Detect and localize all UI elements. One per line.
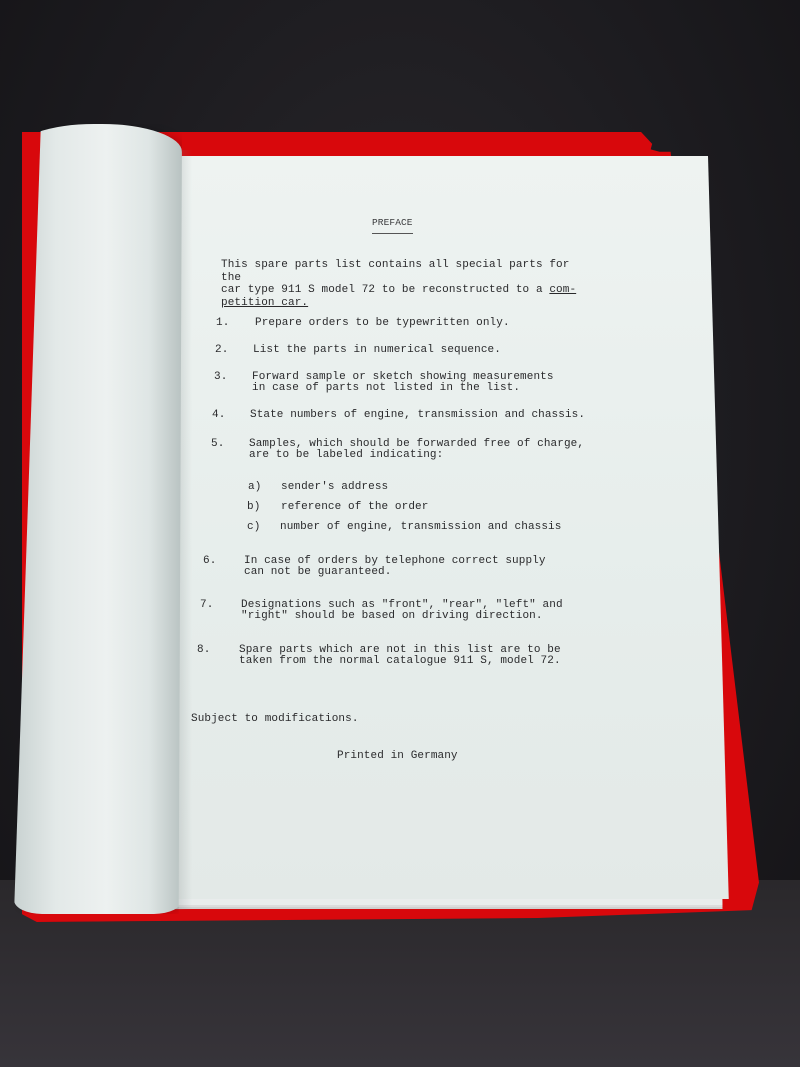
item-text: in case of parts not listed in the list. (252, 382, 520, 395)
item-number: 1. (216, 317, 229, 330)
intro-line-3: petition car. (221, 297, 581, 310)
sub-item-label: b) (247, 501, 260, 514)
sub-item-label: a) (248, 481, 261, 494)
item-number: 3. (214, 371, 227, 384)
item-text: State numbers of engine, transmission an… (250, 409, 585, 422)
footer-note: Subject to modifications. (191, 713, 359, 726)
item-number: 5. (211, 438, 224, 451)
item-text: are to be labeled indicating: (249, 449, 443, 462)
page-title: PREFACE (372, 217, 413, 234)
item-text: "right" should be based on driving direc… (241, 610, 543, 623)
sub-item-label: c) (247, 521, 260, 534)
item-number: 4. (212, 409, 225, 422)
intro-line-2-text: car type 911 S model 72 to be reconstruc… (221, 284, 549, 296)
item-text: List the parts in numerical sequence. (253, 344, 501, 357)
intro-line-2-underlined: com- (549, 284, 576, 296)
item-number: 8. (197, 644, 210, 657)
item-number: 2. (215, 344, 228, 357)
item-number: 7. (200, 599, 213, 612)
sub-item-text: sender's address (281, 481, 388, 494)
item-text: Prepare orders to be typewritten only. (255, 317, 510, 330)
sub-item-text: number of engine, transmission and chass… (280, 521, 561, 534)
intro-line-2: car type 911 S model 72 to be reconstruc… (221, 284, 581, 297)
item-number: 6. (203, 555, 216, 568)
printed-in-label: Printed in Germany (337, 750, 458, 763)
item-text: taken from the normal catalogue 911 S, m… (239, 655, 561, 668)
item-text: can not be guaranteed. (244, 566, 391, 579)
sub-item-text: reference of the order (281, 501, 428, 514)
intro-paragraph: This spare parts list contains all speci… (221, 259, 581, 309)
intro-line-1: This spare parts list contains all speci… (221, 259, 581, 284)
rolled-page (14, 124, 182, 914)
